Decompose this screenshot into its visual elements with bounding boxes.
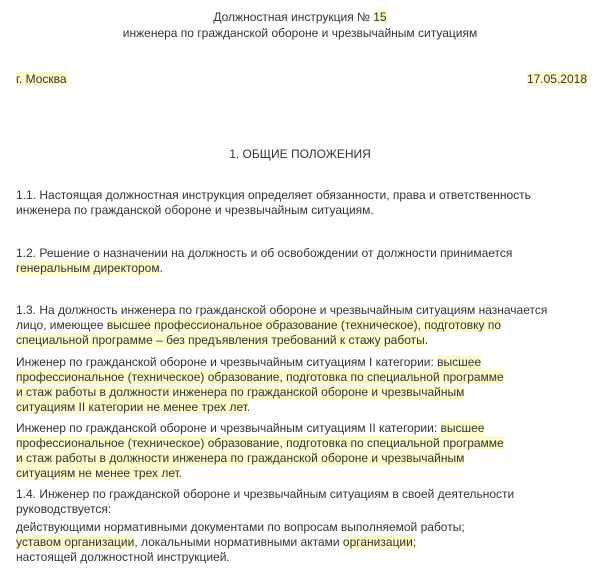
charter-highlight: уставом организации bbox=[16, 535, 134, 549]
cat1-hl2: профессиональное (техническое) образован… bbox=[16, 370, 504, 384]
category-2-requirements: Инженер по гражданской обороне и чрезвыч… bbox=[16, 421, 586, 481]
date-value: 17.05.2018 bbox=[527, 72, 587, 86]
cat1-line2: профессиональное (техническое) образован… bbox=[16, 370, 586, 385]
cat1-tail: . bbox=[247, 400, 250, 414]
p1-4-line1: 1.4. Инженер по гражданской обороне и чр… bbox=[16, 487, 586, 502]
p1-1-line1: 1.1. Настоящая должностная инструкция оп… bbox=[16, 188, 586, 203]
document-subtitle: инженера по гражданской обороне и чрезвы… bbox=[0, 26, 600, 41]
p1-3-requirements: высшее профессиональное образование (тех… bbox=[107, 318, 501, 332]
paragraph-1-4: 1.4. Инженер по гражданской обороне и чр… bbox=[16, 487, 586, 517]
list-item: действующими нормативными документами по… bbox=[16, 520, 586, 535]
instruction-number: 15 bbox=[373, 10, 386, 24]
list-item: уставом организации, локальными норматив… bbox=[16, 535, 586, 550]
p1-1-line2: инженера по гражданской обороне и чрезвы… bbox=[16, 203, 586, 218]
cat2-line3: и стаж работы в должности инженера по гр… bbox=[16, 451, 586, 466]
cat1-line1-pre: Инженер по гражданской обороне и чрезвыч… bbox=[16, 355, 437, 369]
p1-2-line1: 1.2. Решение о назначении на должность и… bbox=[16, 246, 586, 261]
p1-2-line2: генеральным директором. bbox=[16, 261, 586, 276]
list-item: настоящей должностной инструкцией. bbox=[16, 550, 586, 565]
guidance-list: действующими нормативными документами по… bbox=[16, 520, 586, 565]
cat2-line1: Инженер по гражданской обороне и чрезвыч… bbox=[16, 421, 586, 436]
cat2-line4: ситуациям не менее трех лет. bbox=[16, 466, 586, 481]
cat2-hl1: высшее bbox=[441, 421, 485, 435]
cat1-hl1: высшее bbox=[437, 355, 481, 369]
document-title: Должностная инструкция № 15 bbox=[0, 10, 600, 25]
category-1-requirements: Инженер по гражданской обороне и чрезвыч… bbox=[16, 355, 586, 415]
cat2-hl2: профессиональное (техническое) образован… bbox=[16, 436, 504, 450]
city: г. Москва bbox=[16, 72, 67, 87]
p1-2-tail: . bbox=[160, 261, 163, 275]
cat2-line2: профессиональное (техническое) образован… bbox=[16, 436, 586, 451]
p1-4-line2: руководствуется: bbox=[16, 502, 586, 517]
organization-highlight: организации bbox=[343, 535, 413, 549]
cat2-tail: . bbox=[179, 466, 182, 480]
paragraph-1-3: 1.3. На должность инженера по гражданско… bbox=[16, 303, 586, 348]
cat1-hl4: ситуациям II категории не менее трех лет bbox=[16, 400, 247, 414]
cat2-line1-pre: Инженер по гражданской обороне и чрезвыч… bbox=[16, 421, 441, 435]
paragraph-1-1: 1.1. Настоящая должностная инструкция оп… bbox=[16, 188, 586, 218]
p1-3-tail: . bbox=[425, 333, 428, 347]
appointing-authority: генеральным директором bbox=[16, 261, 160, 275]
p1-3-line2-pre: лицо, имеющее bbox=[16, 318, 107, 332]
city-value: г. Москва bbox=[16, 72, 67, 86]
list-item2-tail: ; bbox=[413, 535, 416, 549]
cat2-hl4: ситуациям не менее трех лет bbox=[16, 466, 179, 480]
title-prefix: Должностная инструкция № bbox=[213, 10, 370, 24]
cat1-line4: ситуациям II категории не менее трех лет… bbox=[16, 400, 586, 415]
p1-3-requirements-cont: специальной программе – без предъявления… bbox=[16, 333, 425, 347]
cat1-hl3: и стаж работы в должности инженера по гр… bbox=[16, 385, 464, 399]
cat1-line3: и стаж работы в должности инженера по гр… bbox=[16, 385, 586, 400]
section-heading: 1. ОБЩИЕ ПОЛОЖЕНИЯ bbox=[0, 147, 600, 162]
paragraph-1-2: 1.2. Решение о назначении на должность и… bbox=[16, 246, 586, 276]
p1-3-line1: 1.3. На должность инженера по гражданско… bbox=[16, 303, 586, 318]
list-item2-mid: , локальными нормативными актами bbox=[134, 535, 343, 549]
p1-3-line3: специальной программе – без предъявления… bbox=[16, 333, 586, 348]
cat1-line1: Инженер по гражданской обороне и чрезвыч… bbox=[16, 355, 586, 370]
p1-3-line2: лицо, имеющее высшее профессиональное об… bbox=[16, 318, 586, 333]
document-date: 17.05.2018 bbox=[527, 72, 587, 87]
cat2-hl3: и стаж работы в должности инженера по гр… bbox=[16, 451, 464, 465]
